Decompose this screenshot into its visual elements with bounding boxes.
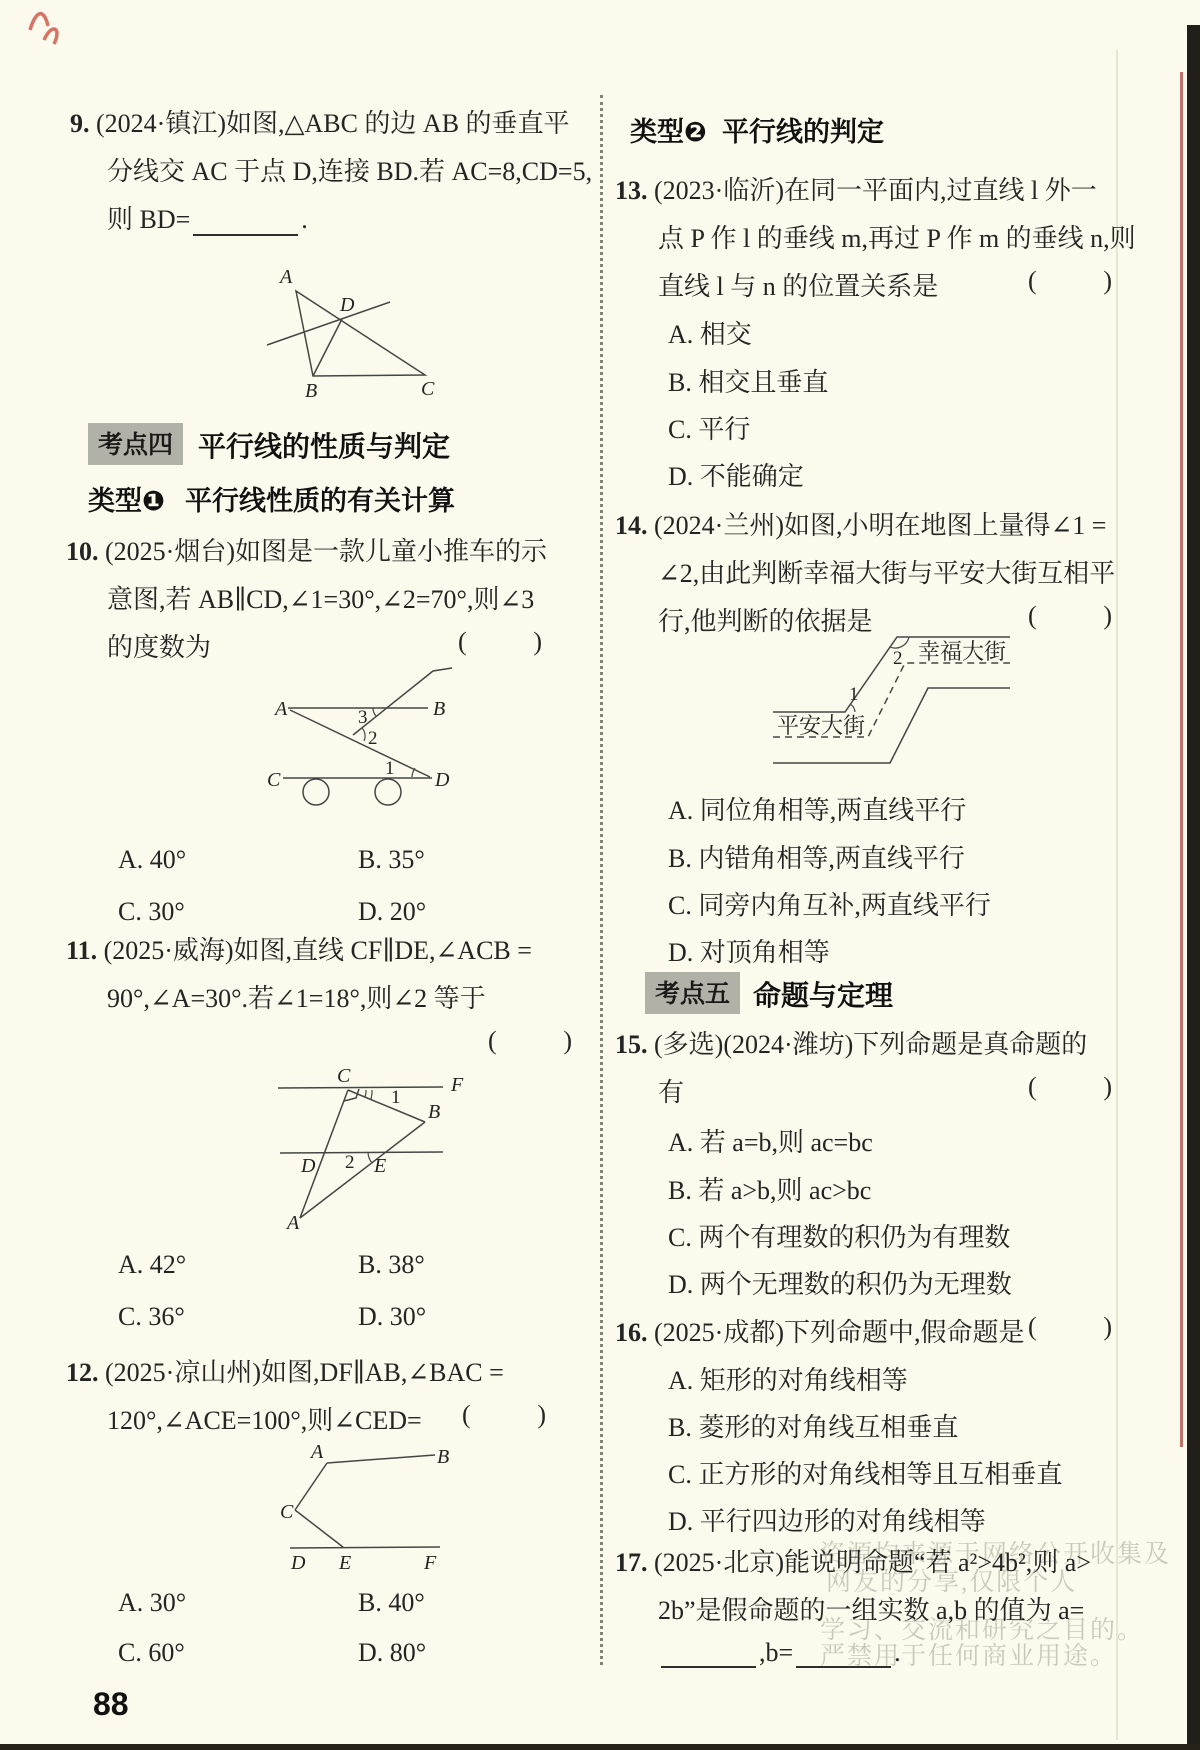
- figure-q11-label-e: E: [373, 1155, 386, 1177]
- q10-option-b: B. 35°: [358, 845, 425, 875]
- question-13-line-3: 直线 l 与 n 的位置关系是: [658, 266, 938, 303]
- figure-q12-label-c: C: [280, 1501, 294, 1523]
- blank-line: [193, 206, 298, 236]
- figure-q14-street-bottom-label: 平安大街: [777, 713, 865, 738]
- question-12-line-2: 120°,∠ACE=100°,则∠CED=: [107, 1400, 422, 1437]
- figure-q10-angle-1: 1: [385, 758, 395, 779]
- question-17-line-3: ,b=.: [658, 1638, 901, 1668]
- close-paren: ): [1103, 266, 1112, 296]
- figure-q11-label-d: D: [300, 1155, 316, 1177]
- figure-q9-label-b: B: [305, 380, 317, 402]
- answer-paren-q14: (): [1028, 601, 1112, 631]
- q12-option-d: D. 80°: [358, 1638, 426, 1668]
- section-5-title: 命题与定理: [753, 974, 893, 1014]
- question-14-line-1: 14. (2024·兰州)如图,小明在地图上量得∠1 =: [615, 505, 1106, 542]
- figure-q10-angle-3: 3: [358, 707, 368, 728]
- question-17-line-2: 2b”是假命题的一组实数 a,b 的值为 a=: [658, 1590, 1084, 1627]
- figure-q11-lines: C F B D E A 1 2: [265, 1062, 480, 1237]
- figure-q10-angle-2: 2: [368, 728, 378, 749]
- figure-q9-label-d: D: [339, 294, 355, 316]
- question-16-number: 16.: [615, 1318, 648, 1347]
- open-paren: (: [488, 1026, 497, 1056]
- q14-option-d: D. 对顶角相等: [668, 932, 830, 969]
- type-1-title: 平行线性质的有关计算: [185, 479, 455, 518]
- answer-paren-q10: (): [458, 627, 542, 657]
- figure-q11-angle-2: 2: [345, 1152, 355, 1173]
- type-2-title: 平行线的判定: [722, 110, 884, 149]
- question-12-text: (2025·凉山州)如图,DF∥AB,∠BAC =: [105, 1358, 504, 1387]
- q14-option-c: C. 同旁内角互补,两直线平行: [668, 885, 991, 922]
- answer-paren-q12: (): [462, 1400, 546, 1430]
- question-13-line-1: 13. (2023·临沂)在同一平面内,过直线 l 外一: [615, 170, 1097, 207]
- blank-line-a: [661, 1638, 756, 1668]
- figure-q14-street-top-label: 幸福大街: [918, 639, 1006, 664]
- figure-q11-label-c: C: [337, 1065, 351, 1087]
- question-17-line-3-end: .: [894, 1638, 901, 1667]
- type-1-badge: 类型❶: [88, 479, 165, 518]
- blank-line-b: [796, 1638, 891, 1668]
- question-9-line-2: 分线交 AC 于点 D,连接 BD.若 AC=8,CD=5,: [107, 151, 592, 188]
- q13-option-a: A. 相交: [668, 314, 752, 351]
- figure-q9-label-c: C: [421, 378, 435, 400]
- question-9-text: (2024·镇江)如图,△ABC 的边 AB 的垂直平: [96, 109, 570, 138]
- question-13-line-2: 点 P 作 l 的垂线 m,再过 P 作 m 的垂线 n,则: [658, 218, 1136, 255]
- question-13-text: (2023·临沂)在同一平面内,过直线 l 外一: [654, 176, 1097, 205]
- figure-q12-label-e: E: [338, 1552, 351, 1574]
- figure-q11-angle-1: 1: [391, 1087, 401, 1108]
- close-paren: ): [1103, 1072, 1112, 1102]
- question-13-number: 13.: [615, 176, 648, 205]
- answer-paren-q15: (): [1028, 1072, 1112, 1102]
- question-9-number: 9.: [70, 109, 90, 138]
- figure-q11-label-a: A: [285, 1212, 300, 1234]
- question-15-text: (多选)(2024·潍坊)下列命题是真命题的: [654, 1030, 1087, 1059]
- question-9-line-3: 则 BD=.: [107, 199, 308, 236]
- question-17-text: (2025·北京)能说明命题“若 a²>4b²,则 a>: [654, 1548, 1091, 1577]
- question-11-line-2: 90°,∠A=30°.若∠1=18°,则∠2 等于: [107, 978, 486, 1015]
- question-17-line-3-text: ,b=: [759, 1638, 793, 1667]
- figure-q12-label-f: F: [423, 1552, 437, 1574]
- q16-option-a: A. 矩形的对角线相等: [668, 1360, 908, 1397]
- type-2-badge: 类型❷: [630, 110, 707, 149]
- q13-option-b: B. 相交且垂直: [668, 362, 828, 399]
- figure-q14-angle-1: 1: [849, 684, 859, 705]
- q14-option-a: A. 同位角相等,两直线平行: [668, 790, 966, 827]
- question-14-number: 14.: [615, 511, 648, 540]
- answer-paren-q13: (): [1028, 266, 1112, 296]
- question-9-line-3-end: .: [301, 205, 308, 234]
- answer-paren-q16: (): [1028, 1312, 1112, 1342]
- red-pen-scribble: [20, 0, 80, 55]
- open-paren: (: [458, 627, 467, 657]
- question-10-line-1: 10. (2025·烟台)如图是一款儿童小推车的示: [66, 531, 547, 568]
- workbook-page: 9. (2024·镇江)如图,△ABC 的边 AB 的垂直平 分线交 AC 于点…: [0, 0, 1200, 1750]
- q12-option-c: C. 60°: [118, 1638, 185, 1668]
- q15-option-a: A. 若 a=b,则 ac=bc: [668, 1122, 873, 1159]
- answer-paren-q11: (): [488, 1026, 572, 1056]
- figure-q9-triangle: A D B C: [230, 235, 480, 410]
- close-paren: ): [537, 1400, 546, 1430]
- open-paren: (: [462, 1400, 471, 1430]
- question-12-line-1: 12. (2025·凉山州)如图,DF∥AB,∠BAC =: [66, 1352, 504, 1389]
- figure-q10-label-b: B: [433, 698, 445, 720]
- question-14-text: (2024·兰州)如图,小明在地图上量得∠1 =: [654, 511, 1106, 540]
- close-paren: ): [1103, 1312, 1112, 1342]
- figure-q12-lines: A B C D E F: [270, 1438, 455, 1578]
- question-9-line-1: 9. (2024·镇江)如图,△ABC 的边 AB 的垂直平: [70, 103, 570, 140]
- question-17-number: 17.: [615, 1548, 648, 1577]
- q15-option-c: C. 两个有理数的积仍为有理数: [668, 1217, 1010, 1254]
- q15-option-b: B. 若 a>b,则 ac>bc: [668, 1170, 871, 1207]
- q13-option-d: D. 不能确定: [668, 456, 804, 493]
- section-4-title: 平行线的性质与判定: [198, 425, 450, 465]
- page-edge-bottom: [0, 1744, 1200, 1750]
- question-10-text: (2025·烟台)如图是一款儿童小推车的示: [105, 537, 547, 566]
- open-paren: (: [1028, 266, 1037, 296]
- figure-q11-label-b: B: [428, 1101, 440, 1123]
- q11-option-d: D. 30°: [358, 1302, 426, 1332]
- page-edge-right: [1187, 25, 1200, 1750]
- figure-q12-label-b: B: [437, 1446, 449, 1468]
- q11-option-c: C. 36°: [118, 1302, 185, 1332]
- question-15-number: 15.: [615, 1030, 648, 1059]
- figure-q10-label-d: D: [434, 769, 450, 791]
- question-12-number: 12.: [66, 1358, 99, 1387]
- q16-option-d: D. 平行四边形的对角线相等: [668, 1501, 986, 1538]
- figure-q12-label-a: A: [309, 1441, 324, 1463]
- page-number: 88: [93, 1686, 129, 1723]
- q11-option-a: A. 42°: [118, 1250, 186, 1280]
- q14-option-b: B. 内错角相等,两直线平行: [668, 838, 965, 875]
- question-10-number: 10.: [66, 537, 99, 566]
- question-10-line-3: 的度数为: [107, 627, 211, 664]
- q12-option-b: B. 40°: [358, 1588, 425, 1618]
- close-paren: ): [563, 1026, 572, 1056]
- page-crease: [1116, 50, 1118, 1740]
- q12-option-a: A. 30°: [118, 1588, 186, 1618]
- question-11-text: (2025·威海)如图,直线 CF∥DE,∠ACB =: [104, 936, 532, 965]
- q16-option-c: C. 正方形的对角线相等且互相垂直: [668, 1454, 1062, 1491]
- q11-option-b: B. 38°: [358, 1250, 425, 1280]
- q10-option-c: C. 30°: [118, 897, 185, 927]
- q16-option-b: B. 菱形的对角线互相垂直: [668, 1407, 958, 1444]
- q15-option-d: D. 两个无理数的积仍为无理数: [668, 1264, 1012, 1301]
- q13-option-c: C. 平行: [668, 409, 750, 446]
- figure-q10-cart: A B C D 3 2 1: [255, 655, 475, 815]
- open-paren: (: [1028, 1312, 1037, 1342]
- question-15-line-1: 15. (多选)(2024·潍坊)下列命题是真命题的: [615, 1024, 1087, 1061]
- open-paren: (: [1028, 601, 1037, 631]
- close-paren: ): [1103, 601, 1112, 631]
- figure-q10-label-a: A: [273, 698, 288, 720]
- close-paren: ): [533, 627, 542, 657]
- q10-option-d: D. 20°: [358, 897, 426, 927]
- question-10-line-2: 意图,若 AB∥CD,∠1=30°,∠2=70°,则∠3: [107, 579, 534, 616]
- question-17-line-1: 17. (2025·北京)能说明命题“若 a²>4b²,则 a>: [615, 1542, 1091, 1579]
- question-14-line-2: ∠2,由此判断幸福大街与平安大街互相平: [658, 553, 1115, 590]
- open-paren: (: [1028, 1072, 1037, 1102]
- question-15-line-2: 有: [658, 1072, 684, 1109]
- red-pen-margin-line: [1180, 72, 1183, 1447]
- section-4-badge: 考点四: [88, 423, 183, 465]
- question-16-text: (2025·成都)下列命题中,假命题是: [654, 1318, 1024, 1347]
- figure-q10-label-c: C: [267, 769, 281, 791]
- figure-q14-angle-2: 2: [893, 648, 903, 669]
- section-5-badge: 考点五: [645, 972, 740, 1014]
- question-16-line-1: 16. (2025·成都)下列命题中,假命题是: [615, 1312, 1024, 1349]
- question-9-line-3-text: 则 BD=: [107, 205, 190, 234]
- figure-q12-label-d: D: [290, 1552, 306, 1574]
- column-divider: [600, 95, 603, 1665]
- question-11-number: 11.: [66, 936, 97, 965]
- figure-q9-label-a: A: [278, 266, 293, 288]
- q10-option-a: A. 40°: [118, 845, 186, 875]
- figure-q14-streets-map: 1 2 幸福大街 平安大街: [760, 628, 1020, 788]
- question-11-line-1: 11. (2025·威海)如图,直线 CF∥DE,∠ACB =: [66, 930, 532, 967]
- figure-q11-label-f: F: [450, 1074, 464, 1096]
